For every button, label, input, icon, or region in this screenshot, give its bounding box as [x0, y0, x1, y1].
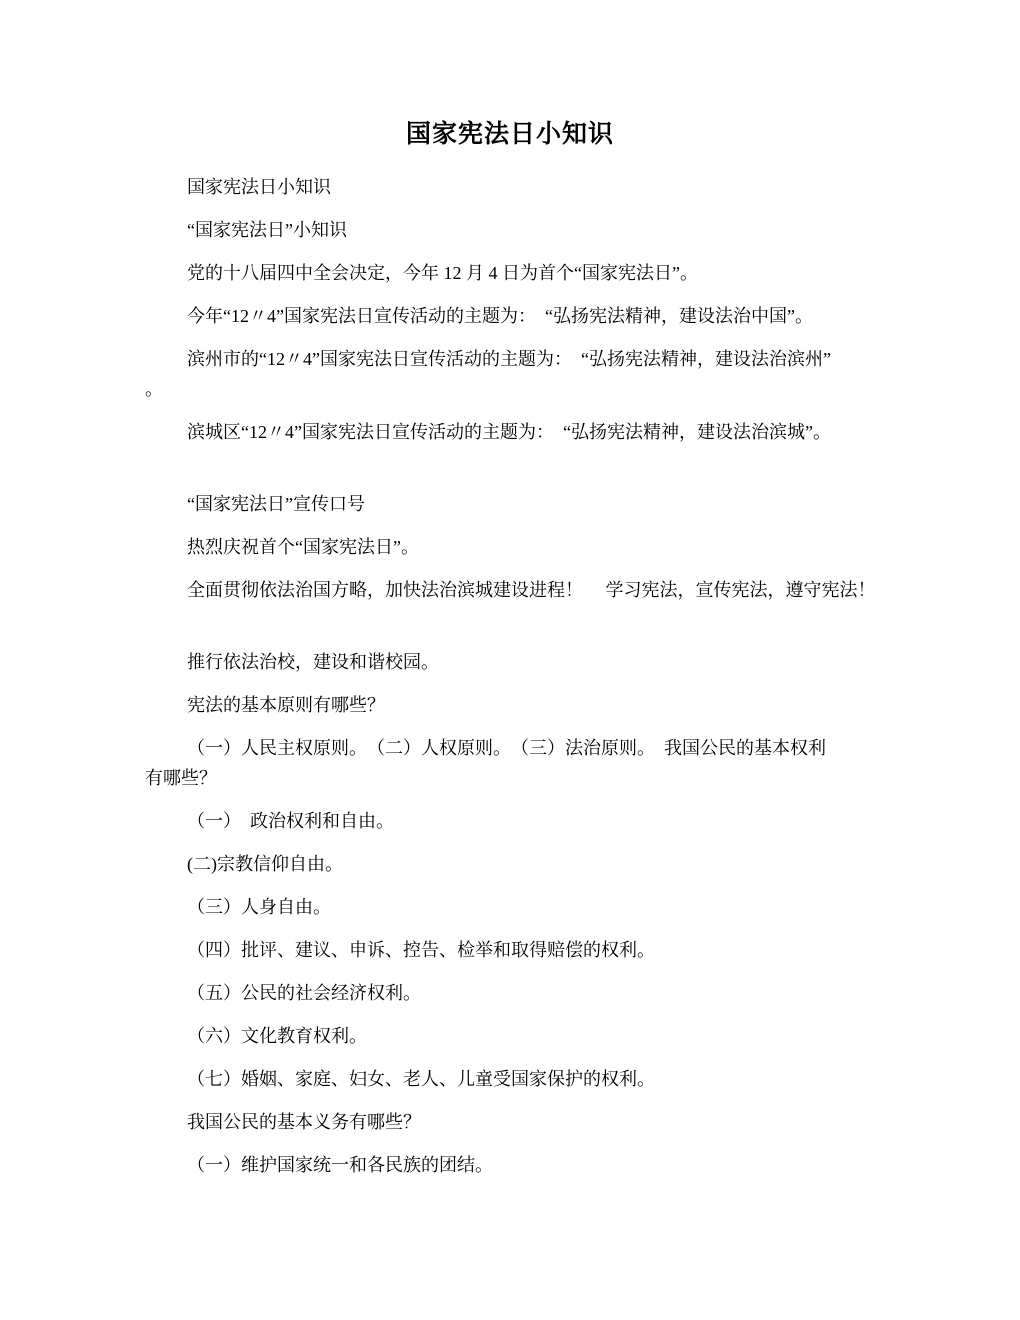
paragraph: 全面贯彻依法治国方略，加快法治滨城建设进程！ 学习宪法，宣传宪法，遵守宪法！	[145, 575, 890, 605]
paragraph: 党的十八届四中全会决定，今年 12 月 4 日为首个“国家宪法日”。	[145, 258, 890, 288]
paragraph: 宪法的基本原则有哪些？	[145, 690, 890, 720]
paragraph: 我国公民的基本义务有哪些？	[145, 1107, 890, 1137]
paragraph: 今年“12〃4”国家宪法日宣传活动的主题为： “弘扬宪法精神，建设法治中国”。	[145, 301, 890, 331]
paragraph: 国家宪法日小知识	[145, 172, 890, 202]
paragraph: “国家宪法日”宣传口号	[145, 489, 890, 519]
blank-line	[145, 618, 890, 634]
paragraph: 推行依法治校，建设和谐校园。	[145, 647, 890, 677]
paragraph: （一） 政治权利和自由。	[145, 806, 890, 836]
paragraph: （一）人民主权原则。 （二）人权原则。 （三）法治原则。 我国公民的基本权利 有…	[145, 733, 890, 793]
paragraph: （七）婚姻、家庭、妇女、老人、儿童受国家保护的权利。	[145, 1064, 890, 1094]
document-body: 国家宪法日小知识“国家宪法日”小知识党的十八届四中全会决定，今年 12 月 4 …	[145, 172, 890, 1193]
document-title: 国家宪法日小知识	[0, 117, 1020, 153]
paragraph: （一）维护国家统一和各民族的团结。	[145, 1150, 890, 1180]
paragraph: （六）文化教育权利。	[145, 1021, 890, 1051]
paragraph: （四）批评、建议、申诉、控告、检举和取得赔偿的权利。	[145, 935, 890, 965]
paragraph: 滨州市的“12〃4”国家宪法日宣传活动的主题为： “弘扬宪法精神，建设法治滨州”…	[145, 344, 890, 404]
paragraph: “国家宪法日”小知识	[145, 215, 890, 245]
paragraph: （五）公民的社会经济权利。	[145, 978, 890, 1008]
paragraph: 滨城区“12〃4”国家宪法日宣传活动的主题为： “弘扬宪法精神，建设法治滨城”。	[145, 417, 890, 447]
paragraph: (二)宗教信仰自由。	[145, 849, 890, 879]
document-page: 国家宪法日小知识 国家宪法日小知识“国家宪法日”小知识党的十八届四中全会决定，今…	[0, 0, 1020, 1320]
paragraph: 热烈庆祝首个“国家宪法日”。	[145, 532, 890, 562]
blank-line	[145, 460, 890, 476]
paragraph: （三）人身自由。	[145, 892, 890, 922]
